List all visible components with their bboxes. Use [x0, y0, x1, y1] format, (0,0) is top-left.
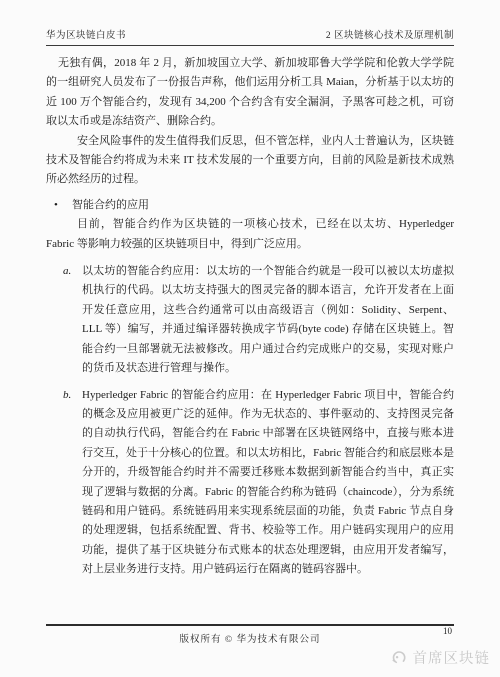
list-text-fabric: Hyperledger Fabric 的智能合约应用：在 Hyperledger…: [82, 386, 454, 580]
list-marker-b: b.: [63, 386, 71, 405]
list-item-fabric: b. Hyperledger Fabric 的智能合约应用：在 Hyperled…: [46, 386, 454, 580]
document-page: 华为区块链白皮书 2 区块链核心技术及原理机制 无独有偶，2018 年 2 月，…: [0, 0, 500, 677]
header-title-left: 华为区块链白皮书: [46, 27, 126, 41]
list-marker-a: a.: [63, 262, 71, 281]
paragraph-risk: 安全风险事件的发生值得我们反思，但不管怎样，业内人士普遍认为，区块链技术及智能合…: [46, 132, 454, 190]
list-text-ethereum: 以太坊的智能合约应用：以太坊的一个智能合约就是一段可以被以太坊虚拟机执行的代码。…: [82, 262, 454, 378]
bullet-item-smart-contract-apps: • 智能合约的应用: [46, 196, 454, 215]
watermark: 首席区块链: [391, 647, 491, 668]
list-item-ethereum: a. 以太坊的智能合约应用：以太坊的一个智能合约就是一段可以被以太坊虚拟机执行的…: [46, 262, 454, 378]
page-header: 华为区块链白皮书 2 区块链核心技术及原理机制: [46, 27, 454, 46]
chief-blockchain-logo-icon: [391, 649, 408, 666]
bullet-icon: •: [54, 196, 72, 215]
paragraph-report: 无独有偶，2018 年 2 月，新加坡国立大学、新加坡耶鲁大学学院和伦敦大学学院…: [46, 54, 454, 132]
paragraph-intro: 目前，智能合约作为区块链的一项核心技术，已经在以太坊、Hyperledger F…: [46, 215, 454, 254]
document-body: 无独有偶，2018 年 2 月，新加坡国立大学、新加坡耶鲁大学学院和伦敦大学学院…: [46, 54, 454, 580]
watermark-label: 首席区块链: [413, 647, 491, 668]
footer-rule: [46, 624, 454, 626]
bullet-label: 智能合约的应用: [72, 196, 149, 215]
header-chapter-right: 2 区块链核心技术及原理机制: [326, 27, 454, 41]
page-number: 10: [443, 626, 452, 636]
copyright-notice: 版权所有 © 华为技术有限公司: [0, 631, 500, 645]
